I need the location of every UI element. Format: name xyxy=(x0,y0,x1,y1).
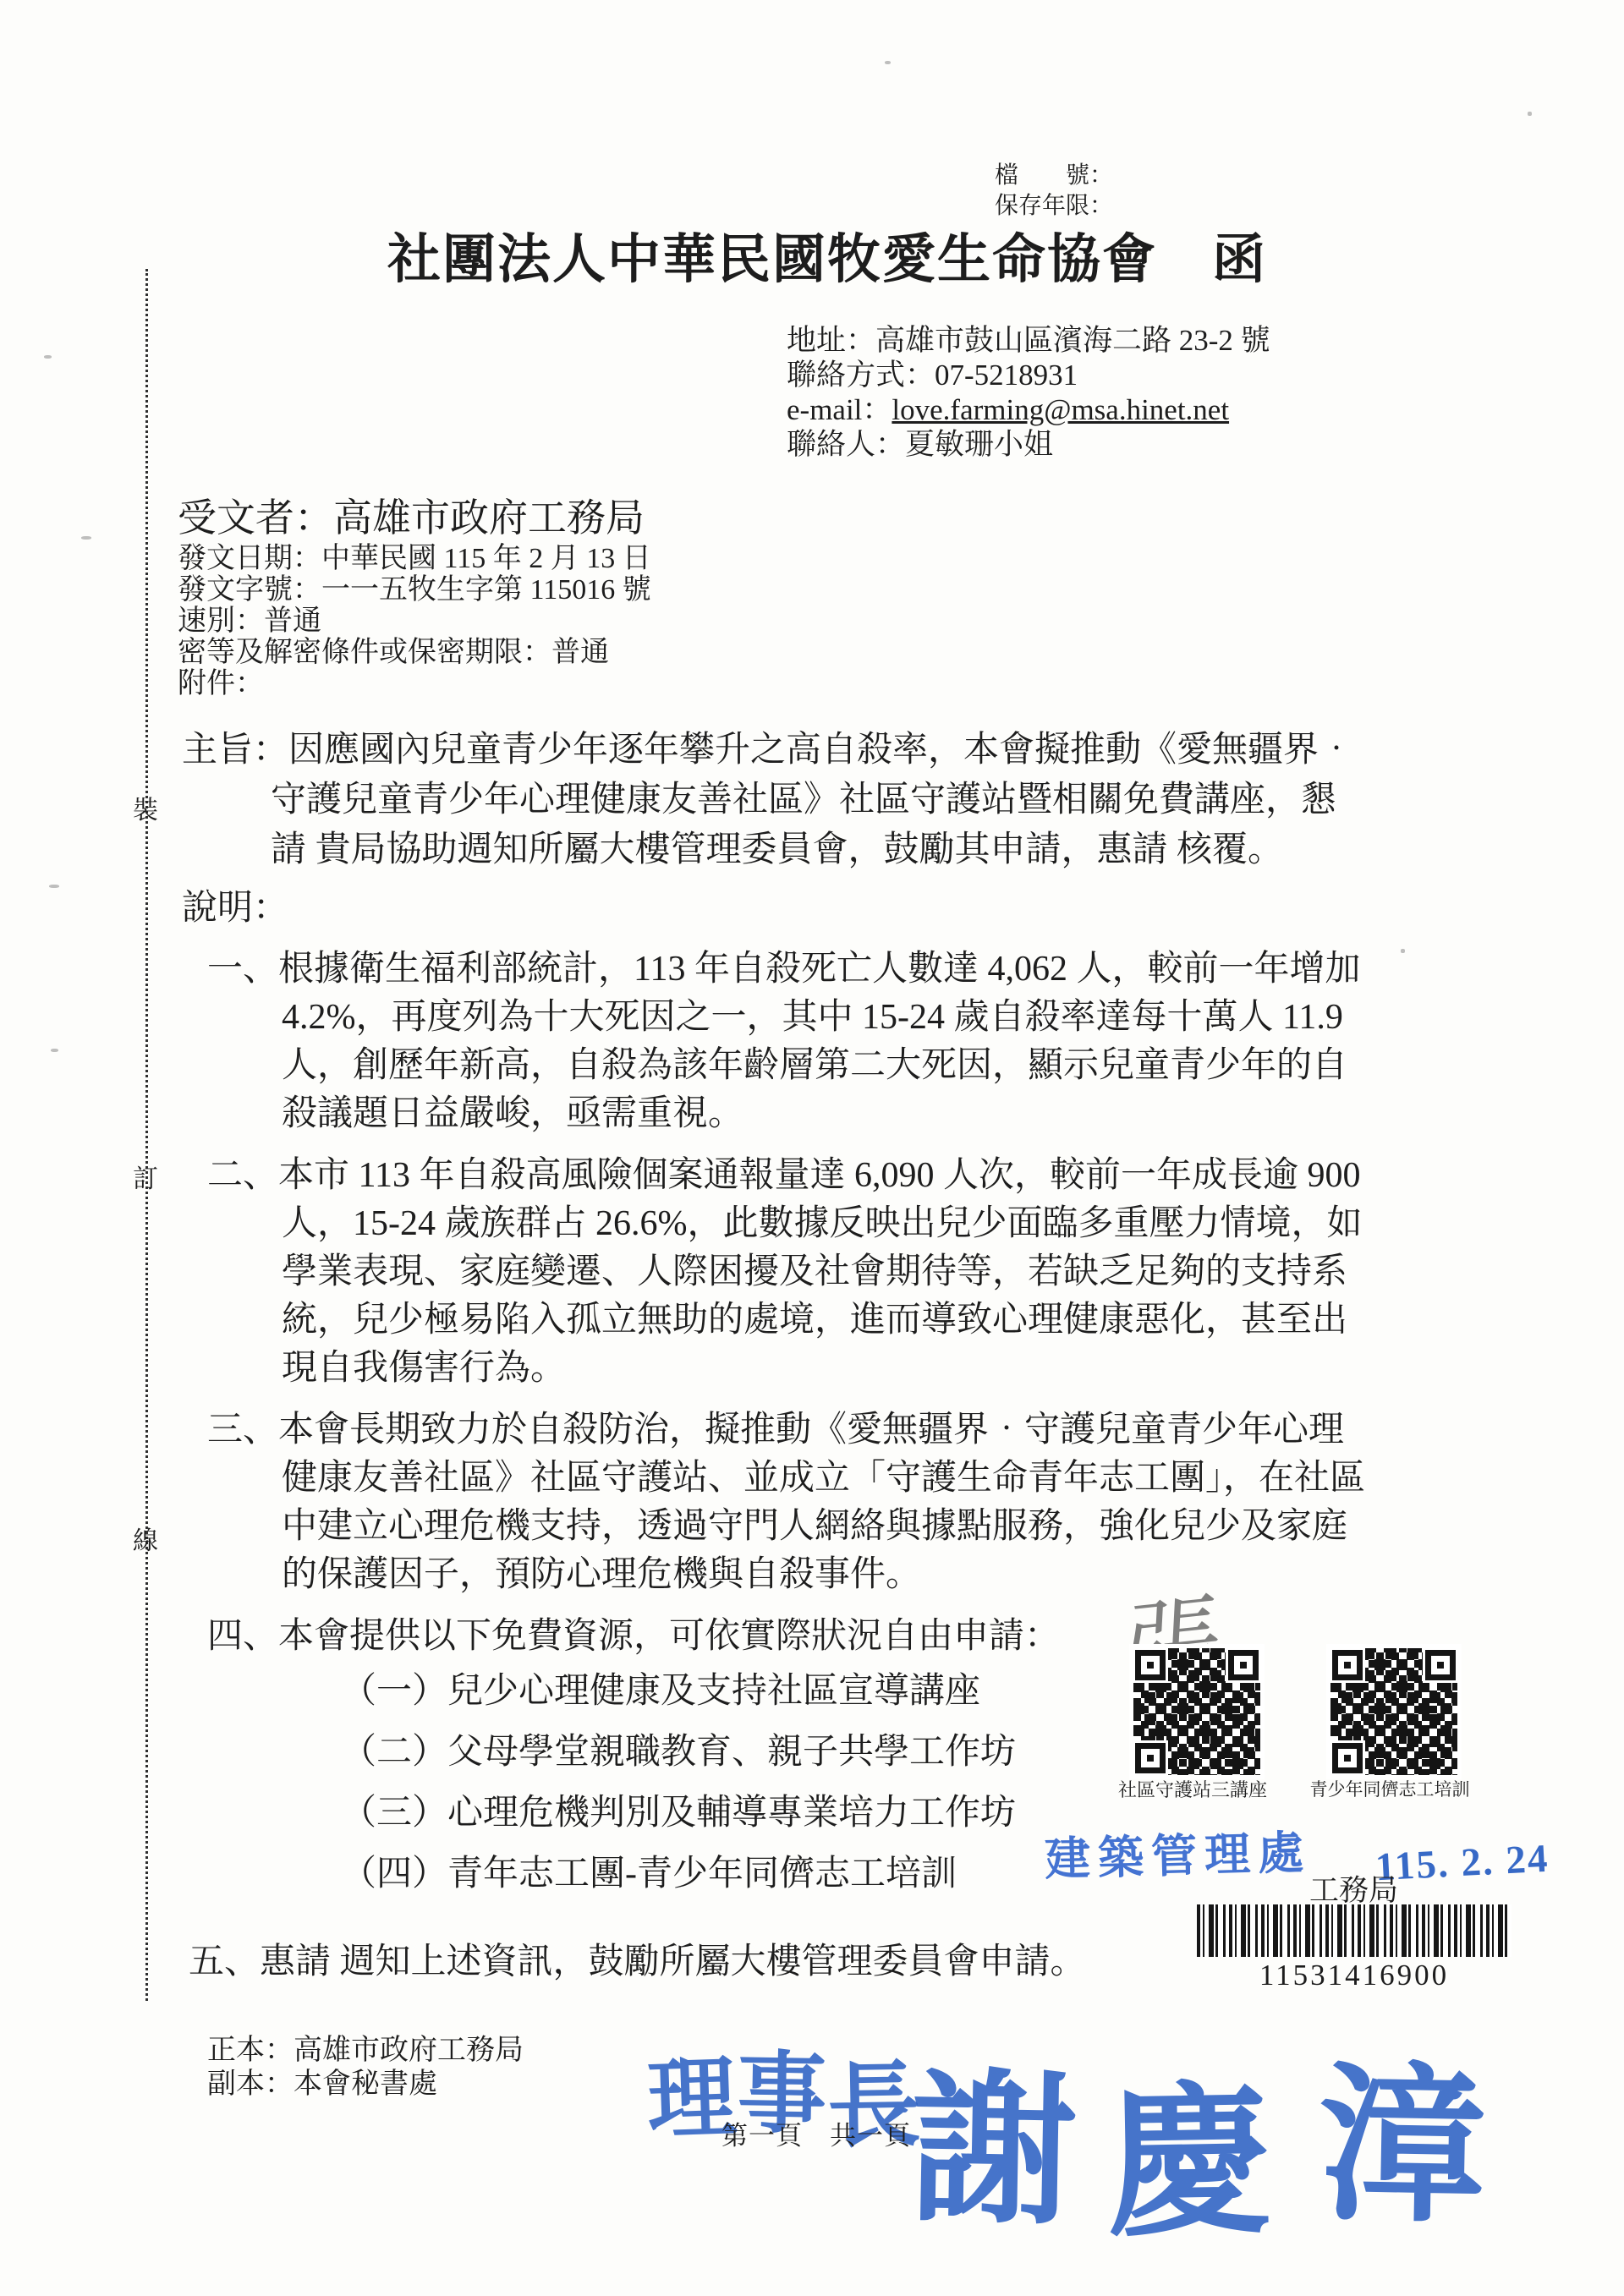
qr-code-lectures xyxy=(1129,1644,1265,1779)
attachment-label: 附件： xyxy=(178,668,651,699)
chairman-name-char: 慶 xyxy=(1105,2028,1274,2267)
recipient-line: 受文者：高雄市政府工務局 xyxy=(178,487,645,543)
item-line: 現自我傷害行為。 xyxy=(207,1345,1501,1393)
dispatch-meta-block: 發文日期：中華民國 115 年 2 月 13 日 發文字號：一一五牧生字第 11… xyxy=(178,543,651,699)
item-line: 的保護因子，預防心理危機與自殺事件。 xyxy=(207,1551,1501,1599)
scan-speck xyxy=(51,1049,58,1052)
sender-address: 地址：高雄市鼓山區濱海二路 23-2 號 xyxy=(787,323,1270,358)
binding-dashed-line xyxy=(145,269,148,2001)
item-line: 健康友善社區》社區守護站、並成立「守護生命青年志工團」，在社區 xyxy=(207,1455,1501,1503)
binding-char-xian: 線 xyxy=(122,1520,169,1557)
subject-line: 請 貴局協助週知所屬大樓管理委員會，鼓勵其申請，惠請 核覆。 xyxy=(182,825,1354,875)
scan-speck xyxy=(44,355,52,359)
qr-finder-icon xyxy=(1135,1743,1166,1773)
explanation-item-3: 三、本會長期致力於自殺防治，擬推動《愛無疆界‧守護兒童青少年心理 健康友善社區》… xyxy=(207,1406,1501,1599)
item-line: 學業表現、家庭變遷、人際困擾及社會期待等，若缺乏足夠的支持系 xyxy=(207,1248,1501,1296)
scan-speck xyxy=(81,536,91,540)
item-line: 中建立心理危機支持，透過守門人網絡與據點服務，強化兒少及家庭 xyxy=(207,1503,1501,1551)
sender-info-block: 地址：高雄市鼓山區濱海二路 23-2 號 聯絡方式：07-5218931 e-m… xyxy=(787,323,1270,462)
sub-item: （二）父母學堂親職教育、親子共學工作坊 xyxy=(207,1722,1501,1783)
sender-email-line: e-mail：love.farming@msa.hinet.net xyxy=(787,392,1270,427)
item-line: 統，兒少極易陷入孤立無助的處境，進而導致心理健康惡化，甚至出 xyxy=(207,1296,1501,1345)
building-admin-office-stamp: 建築管理處 xyxy=(1044,1817,1312,1888)
item-line: 人，創歷年新高，自殺為該年齡層第二大死因，顯示兒童青少年的自 xyxy=(207,1042,1501,1090)
item-line: 二、本市 113 年自殺高風險個案通報量達 6,090 人次，較前一年成長逾 9… xyxy=(207,1152,1501,1200)
item-line: 四、本會提供以下免費資源，可依實際狀況自由申請： xyxy=(207,1613,1501,1661)
sub-item: （一）兒少心理健康及支持社區宣導講座 xyxy=(207,1661,1501,1722)
file-number-block: 檔 號： 保存年限： xyxy=(995,161,1113,222)
dispatch-number: 發文字號：一一五牧生字第 115016 號 xyxy=(178,574,651,606)
item-line: 4.2%，再度列為十大死因之一，其中 15-24 歲自殺率達每十萬人 11.9 xyxy=(207,994,1501,1042)
subject-line: 主旨：因應國內兒童青少年逐年攀升之高自殺率，本會擬推動《愛無疆界‧ xyxy=(182,726,1354,775)
item-line: 殺議題日益嚴峻，亟需重視。 xyxy=(207,1090,1501,1138)
chairman-name-char: 謝 xyxy=(910,2016,1079,2255)
scan-speck xyxy=(1401,949,1405,953)
received-date-stamp: 115. 2. 24 xyxy=(1374,1836,1550,1891)
item-line: 人，15-24 歲族群占 26.6%，此數據反映出兒少面臨多重壓力情境，如 xyxy=(207,1200,1501,1248)
explanation-item-1: 一、根據衛生福利部統計，113 年自殺死亡人數達 4,062 人，較前一年增加 … xyxy=(207,945,1501,1138)
sender-phone: 聯絡方式：07-5218931 xyxy=(787,358,1270,392)
qr-finder-icon xyxy=(1332,1743,1363,1773)
subject-line: 守護兒童青少年心理健康友善社區》社區守護站暨相關免費講座，懇 xyxy=(182,775,1354,825)
barcode xyxy=(1197,1904,1512,1957)
binding-char-zhuang: 裝 xyxy=(122,789,169,826)
barcode-number: 11531416900 xyxy=(1197,1959,1512,1992)
chairman-name-char: 漳 xyxy=(1316,2009,1490,2255)
qr-finder-icon xyxy=(1135,1650,1166,1680)
item-line: 三、本會長期致力於自殺防治，擬推動《愛無疆界‧守護兒童青少年心理 xyxy=(207,1406,1501,1455)
qr-label: 社區守護站三講座 xyxy=(1116,1776,1269,1802)
explanation-item-2: 二、本市 113 年自殺高風險個案通報量達 6,090 人次，較前一年成長逾 9… xyxy=(207,1152,1501,1393)
file-number-label: 檔 號： xyxy=(995,161,1113,191)
scan-speck xyxy=(1528,112,1532,116)
sender-contact: 聯絡人：夏敏珊小姐 xyxy=(787,427,1270,462)
public-works-bureau-label: 工務局 xyxy=(1309,1867,1398,1910)
scanned-official-letter: 檔 號： 保存年限： 社團法人中華民國牧愛生命協會 函 地址：高雄市鼓山區濱海二… xyxy=(0,0,1624,2296)
explanation-label: 說明： xyxy=(182,885,1501,933)
sender-email-label: e-mail： xyxy=(787,393,892,426)
qr-finder-icon xyxy=(1425,1650,1456,1680)
binding-char-ding: 訂 xyxy=(122,1158,169,1195)
document-title: 社團法人中華民國牧愛生命協會 函 xyxy=(387,216,1267,293)
sender-email: love.farming@msa.hinet.net xyxy=(892,393,1229,426)
page-footer: 第一頁 共一頁 xyxy=(721,2114,911,2152)
qr-code-volunteer-training xyxy=(1326,1644,1462,1779)
subject-block: 主旨：因應國內兒童青少年逐年攀升之高自殺率，本會擬推動《愛無疆界‧ 守護兒童青少… xyxy=(182,726,1354,875)
speed-level: 速別：普通 xyxy=(178,606,651,637)
qr-finder-icon xyxy=(1332,1650,1363,1680)
qr-finder-icon xyxy=(1228,1650,1259,1680)
item-line: 一、根據衛生福利部統計，113 年自殺死亡人數達 4,062 人，較前一年增加 xyxy=(207,945,1501,994)
scan-speck xyxy=(885,61,891,64)
qr-label: 青少年同儕志工培訓 xyxy=(1305,1776,1474,1801)
dispatch-date: 發文日期：中華民國 115 年 2 月 13 日 xyxy=(178,543,651,574)
scan-speck xyxy=(49,885,59,888)
security-level: 密等及解密條件或保密期限：普通 xyxy=(178,637,651,668)
